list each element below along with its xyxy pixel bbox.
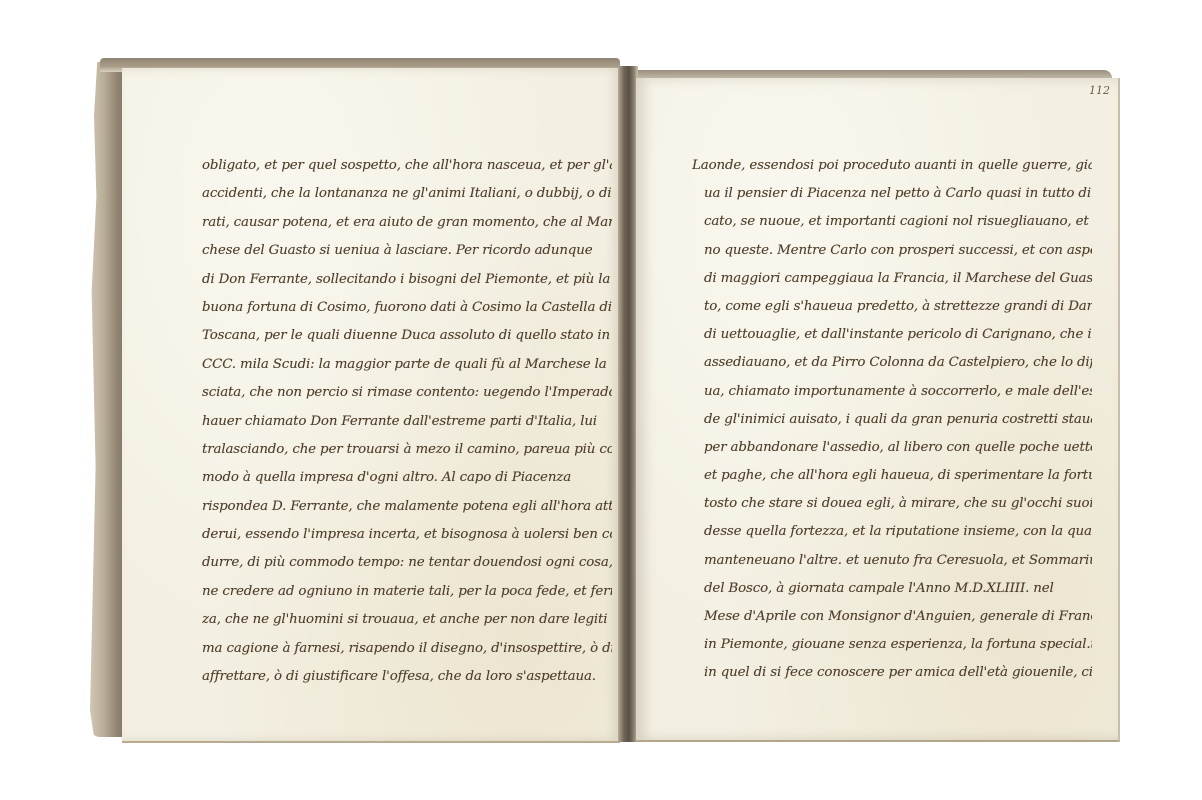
manuscript-line: assediauano, et da Pirro Colonna da Cast… xyxy=(692,349,1092,377)
manuscript-line: per abbandonare l'assedio, al libero con… xyxy=(692,434,1092,462)
manuscript-line: ua il pensier di Piacenza nel petto à Ca… xyxy=(692,180,1092,208)
manuscript-line: Toscana, per le quali diuenne Duca assol… xyxy=(202,322,612,350)
left-page: obligato, et per quel sospetto, che all'… xyxy=(122,68,620,743)
right-page: 112 Laonde, essendosi poi proceduto auan… xyxy=(636,78,1120,742)
open-manuscript-book: obligato, et per quel sospetto, che all'… xyxy=(0,0,1202,800)
manuscript-line: modo à quella impresa d'ogni altro. Al c… xyxy=(202,464,612,492)
manuscript-line: di maggiori campeggiaua la Francia, il M… xyxy=(692,265,1092,293)
folio-number: 112 xyxy=(1089,84,1110,97)
book-gutter-spine xyxy=(618,66,638,742)
manuscript-line: di Don Ferrante, sollecitando i bisogni … xyxy=(202,266,612,294)
manuscript-line: to, come egli s'haueua predetto, à stret… xyxy=(692,293,1092,321)
manuscript-line: affrettare, ò di giustificare l'offesa, … xyxy=(202,663,612,691)
manuscript-line: ma cagione à farnesi, risapendo il diseg… xyxy=(202,635,612,663)
manuscript-line: ua, chiamato importunamente à soccorrerl… xyxy=(692,378,1092,406)
manuscript-line: rati, causar potena, et era aiuto de gra… xyxy=(202,209,612,237)
manuscript-line: Mese d'Aprile con Monsignor d'Anguien, g… xyxy=(692,603,1092,631)
manuscript-line: obligato, et per quel sospetto, che all'… xyxy=(202,152,612,180)
manuscript-line: cato, se nuoue, et importanti cagioni no… xyxy=(692,208,1092,236)
manuscript-line: ne credere ad ogniuno in materie tali, p… xyxy=(202,578,612,606)
manuscript-line: manteneuano l'altre. et uenuto fra Ceres… xyxy=(692,547,1092,575)
left-page-text: obligato, et per quel sospetto, che all'… xyxy=(202,152,612,691)
manuscript-line: in quel di si fece conoscere per amica d… xyxy=(692,659,1092,687)
manuscript-line: de gl'inimici auisato, i quali da gran p… xyxy=(692,406,1092,434)
manuscript-line: et paghe, che all'hora egli haueua, di s… xyxy=(692,462,1092,490)
manuscript-line: durre, di più commodo tempo: ne tentar d… xyxy=(202,549,612,577)
manuscript-line: in Piemonte, giouane senza esperienza, l… xyxy=(692,631,1092,659)
manuscript-line: chese del Guasto si ueniua à lasciare. P… xyxy=(202,237,612,265)
manuscript-line: sciata, che non percio si rimase content… xyxy=(202,379,612,407)
manuscript-line: del Bosco, à giornata campale l'Anno M.D… xyxy=(692,575,1092,603)
manuscript-line: accidenti, che la lontananza ne gl'animi… xyxy=(202,180,612,208)
right-page-text: Laonde, essendosi poi proceduto auanti i… xyxy=(692,152,1092,688)
manuscript-line: di uettouaglie, et dall'instante pericol… xyxy=(692,321,1092,349)
manuscript-line: buona fortuna di Cosimo, fuorono dati à … xyxy=(202,294,612,322)
manuscript-line: desse quella fortezza, et la riputatione… xyxy=(692,518,1092,546)
manuscript-line: Laonde, essendosi poi proceduto auanti i… xyxy=(692,152,1092,180)
manuscript-line: rispondea D. Ferrante, che malamente pot… xyxy=(202,493,612,521)
manuscript-line: derui, essendo l'impresa incerta, et bis… xyxy=(202,521,612,549)
manuscript-line: hauer chiamato Don Ferrante dall'estreme… xyxy=(202,408,612,436)
manuscript-line: tralasciando, che per trouarsi à mezo il… xyxy=(202,436,612,464)
manuscript-line: tosto che stare si douea egli, à mirare,… xyxy=(692,490,1092,518)
manuscript-line: za, che ne gl'huomini si trouaua, et anc… xyxy=(202,606,612,634)
manuscript-line: CCC. mila Scudi: la maggior parte de qua… xyxy=(202,351,612,379)
manuscript-line: no queste. Mentre Carlo con prosperi suc… xyxy=(692,237,1092,265)
